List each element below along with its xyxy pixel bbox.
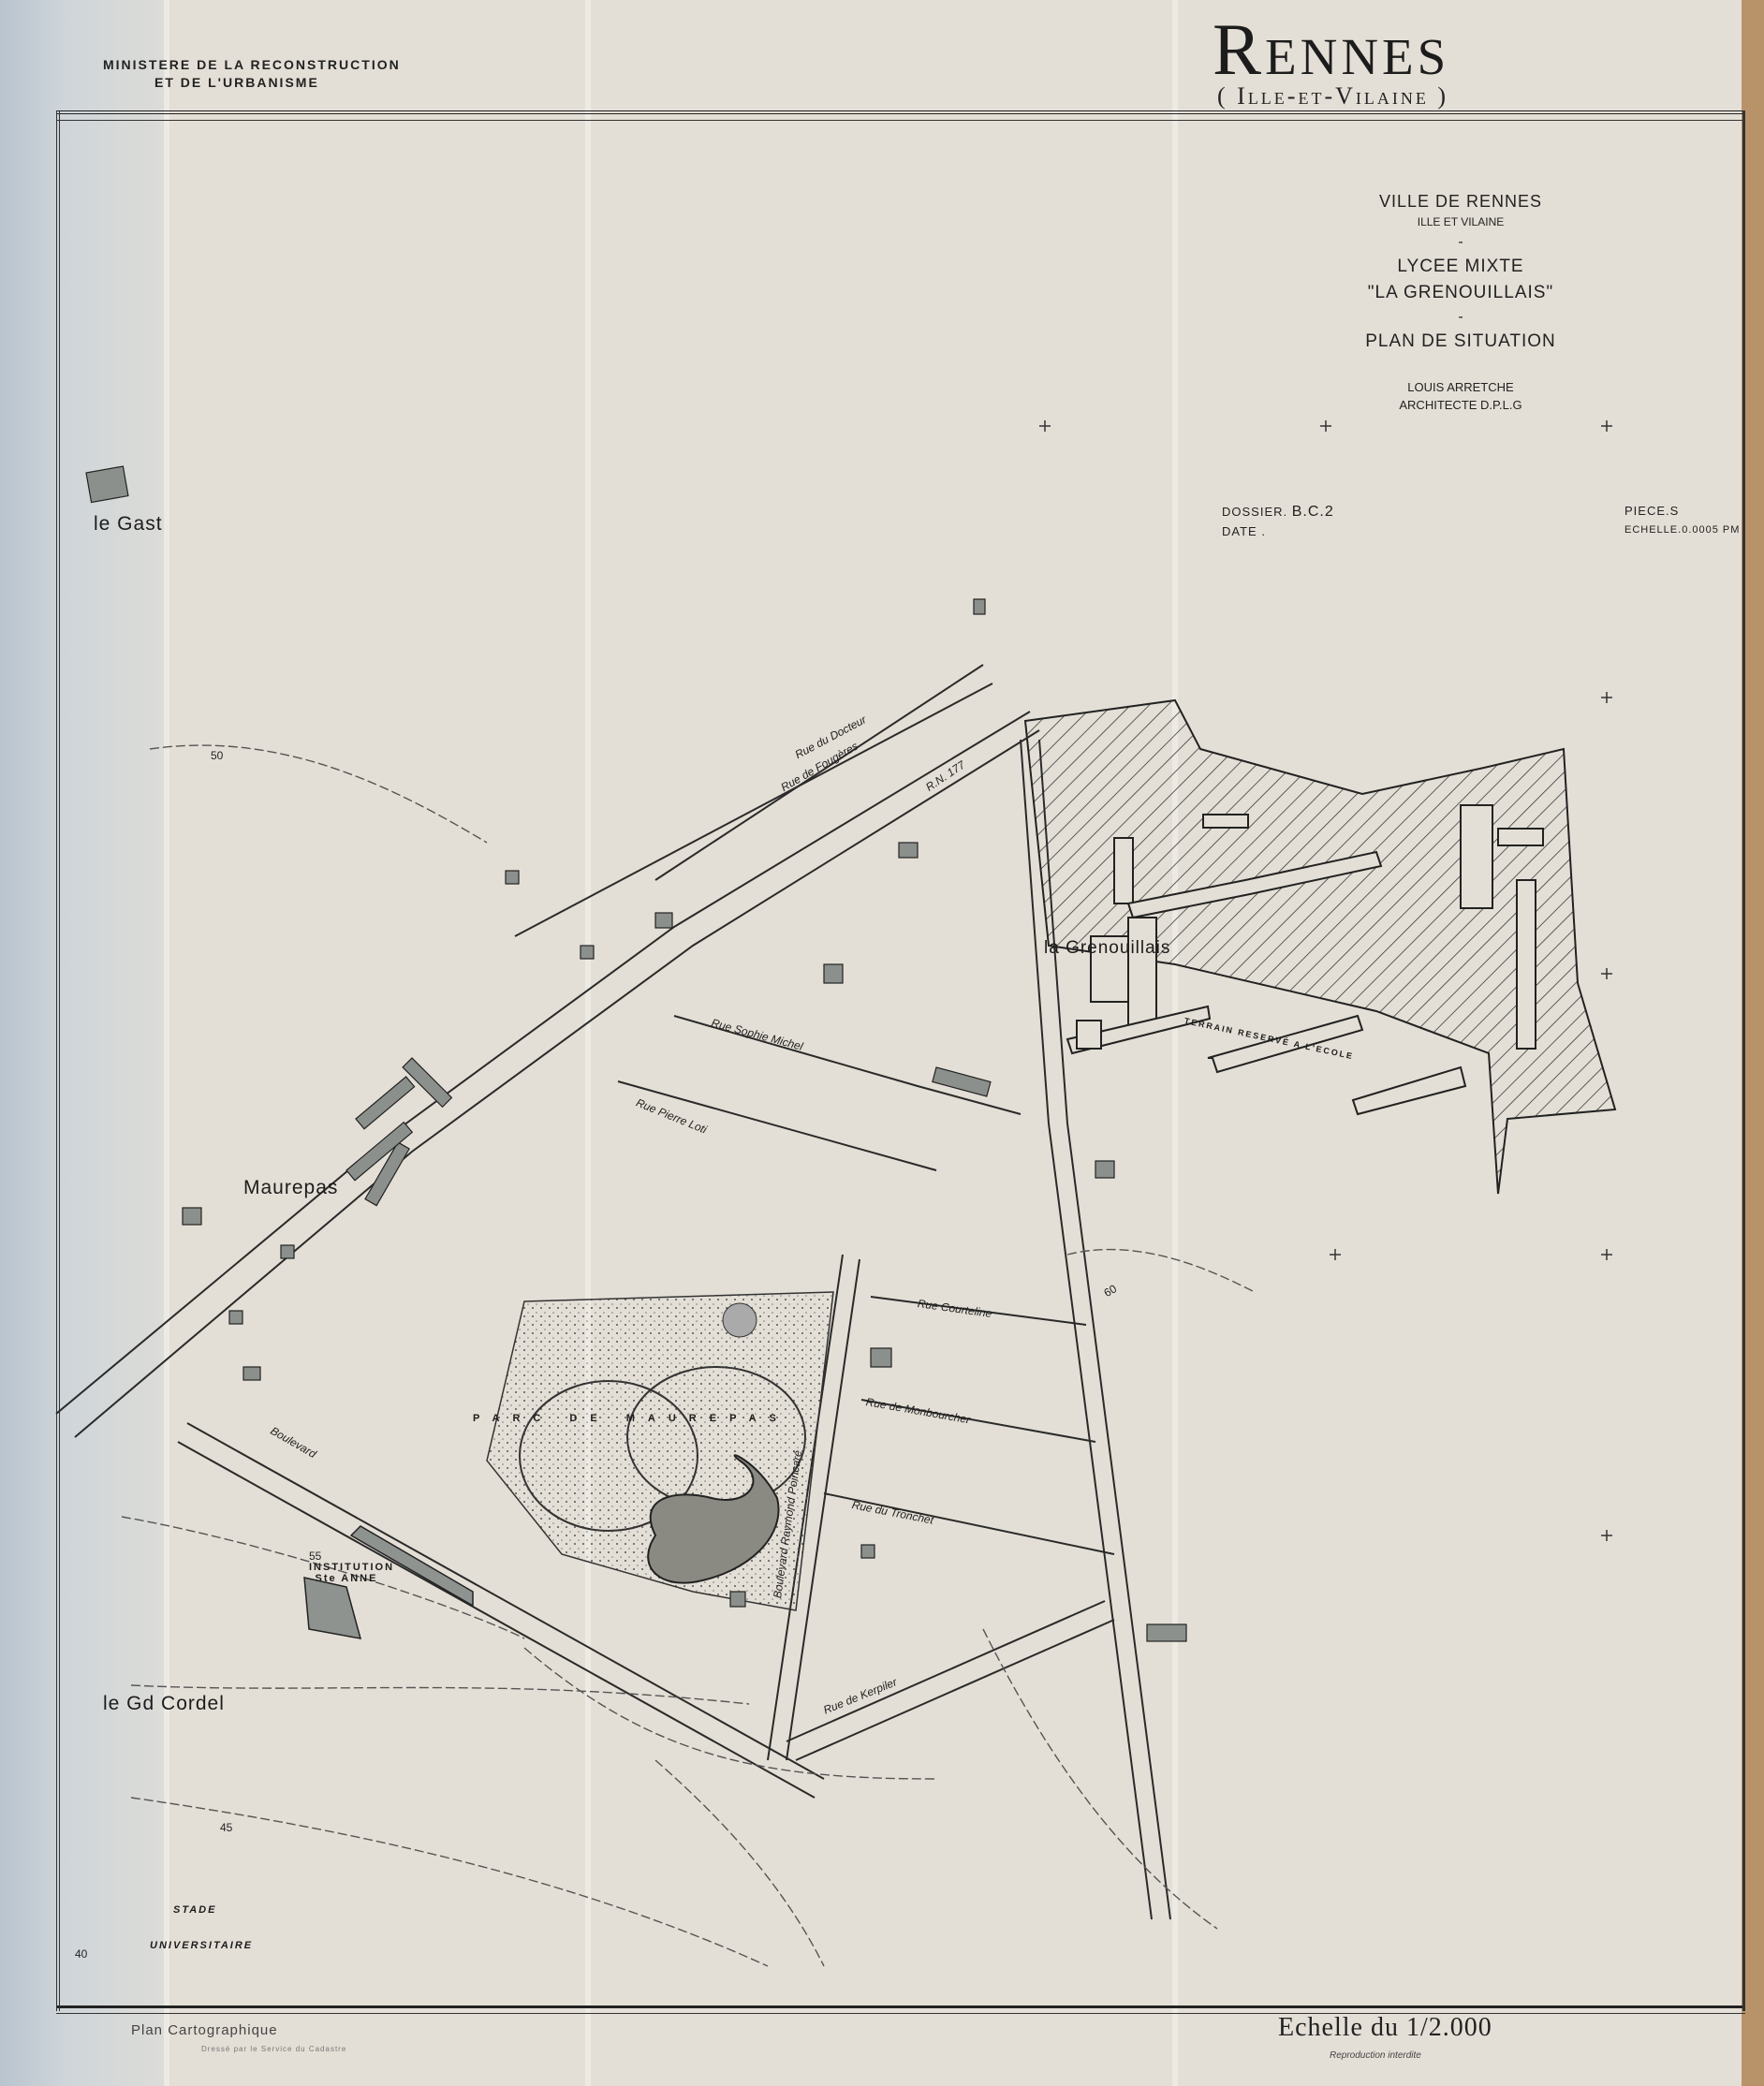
place-maurepas: Maurepas — [243, 1177, 338, 1199]
place-parc-de-maurepas: PARC DE MAUREPAS — [473, 1413, 789, 1424]
place-le-gd-cordel: le Gd Cordel — [103, 1693, 225, 1715]
reproduction-notice: Reproduction interdite — [1330, 2050, 1421, 2061]
place-la-grenouillais: la Grenouillais — [1044, 938, 1170, 959]
contour-label: 40 — [75, 1947, 87, 1961]
place-le-gast: le Gast — [94, 513, 163, 536]
place-universitaire: UNIVERSITAIRE — [150, 1940, 253, 1951]
source-credit: Plan Cartographique — [131, 2022, 278, 2038]
contour-label: 55 — [309, 1550, 321, 1563]
contour-label: 50 — [211, 749, 223, 762]
scale-label: Echelle du 1/2.000 — [1278, 2013, 1492, 2043]
map-drawing — [0, 0, 1764, 2086]
contour-label: 45 — [220, 1821, 232, 1834]
source-credit-small: Dressé par le Service du Cadastre — [201, 2045, 346, 2053]
place-institution-ste-anne: INSTITUTION Ste ANNE — [309, 1562, 384, 1584]
road-network — [56, 665, 1170, 1919]
place-stade: STADE — [173, 1904, 216, 1916]
